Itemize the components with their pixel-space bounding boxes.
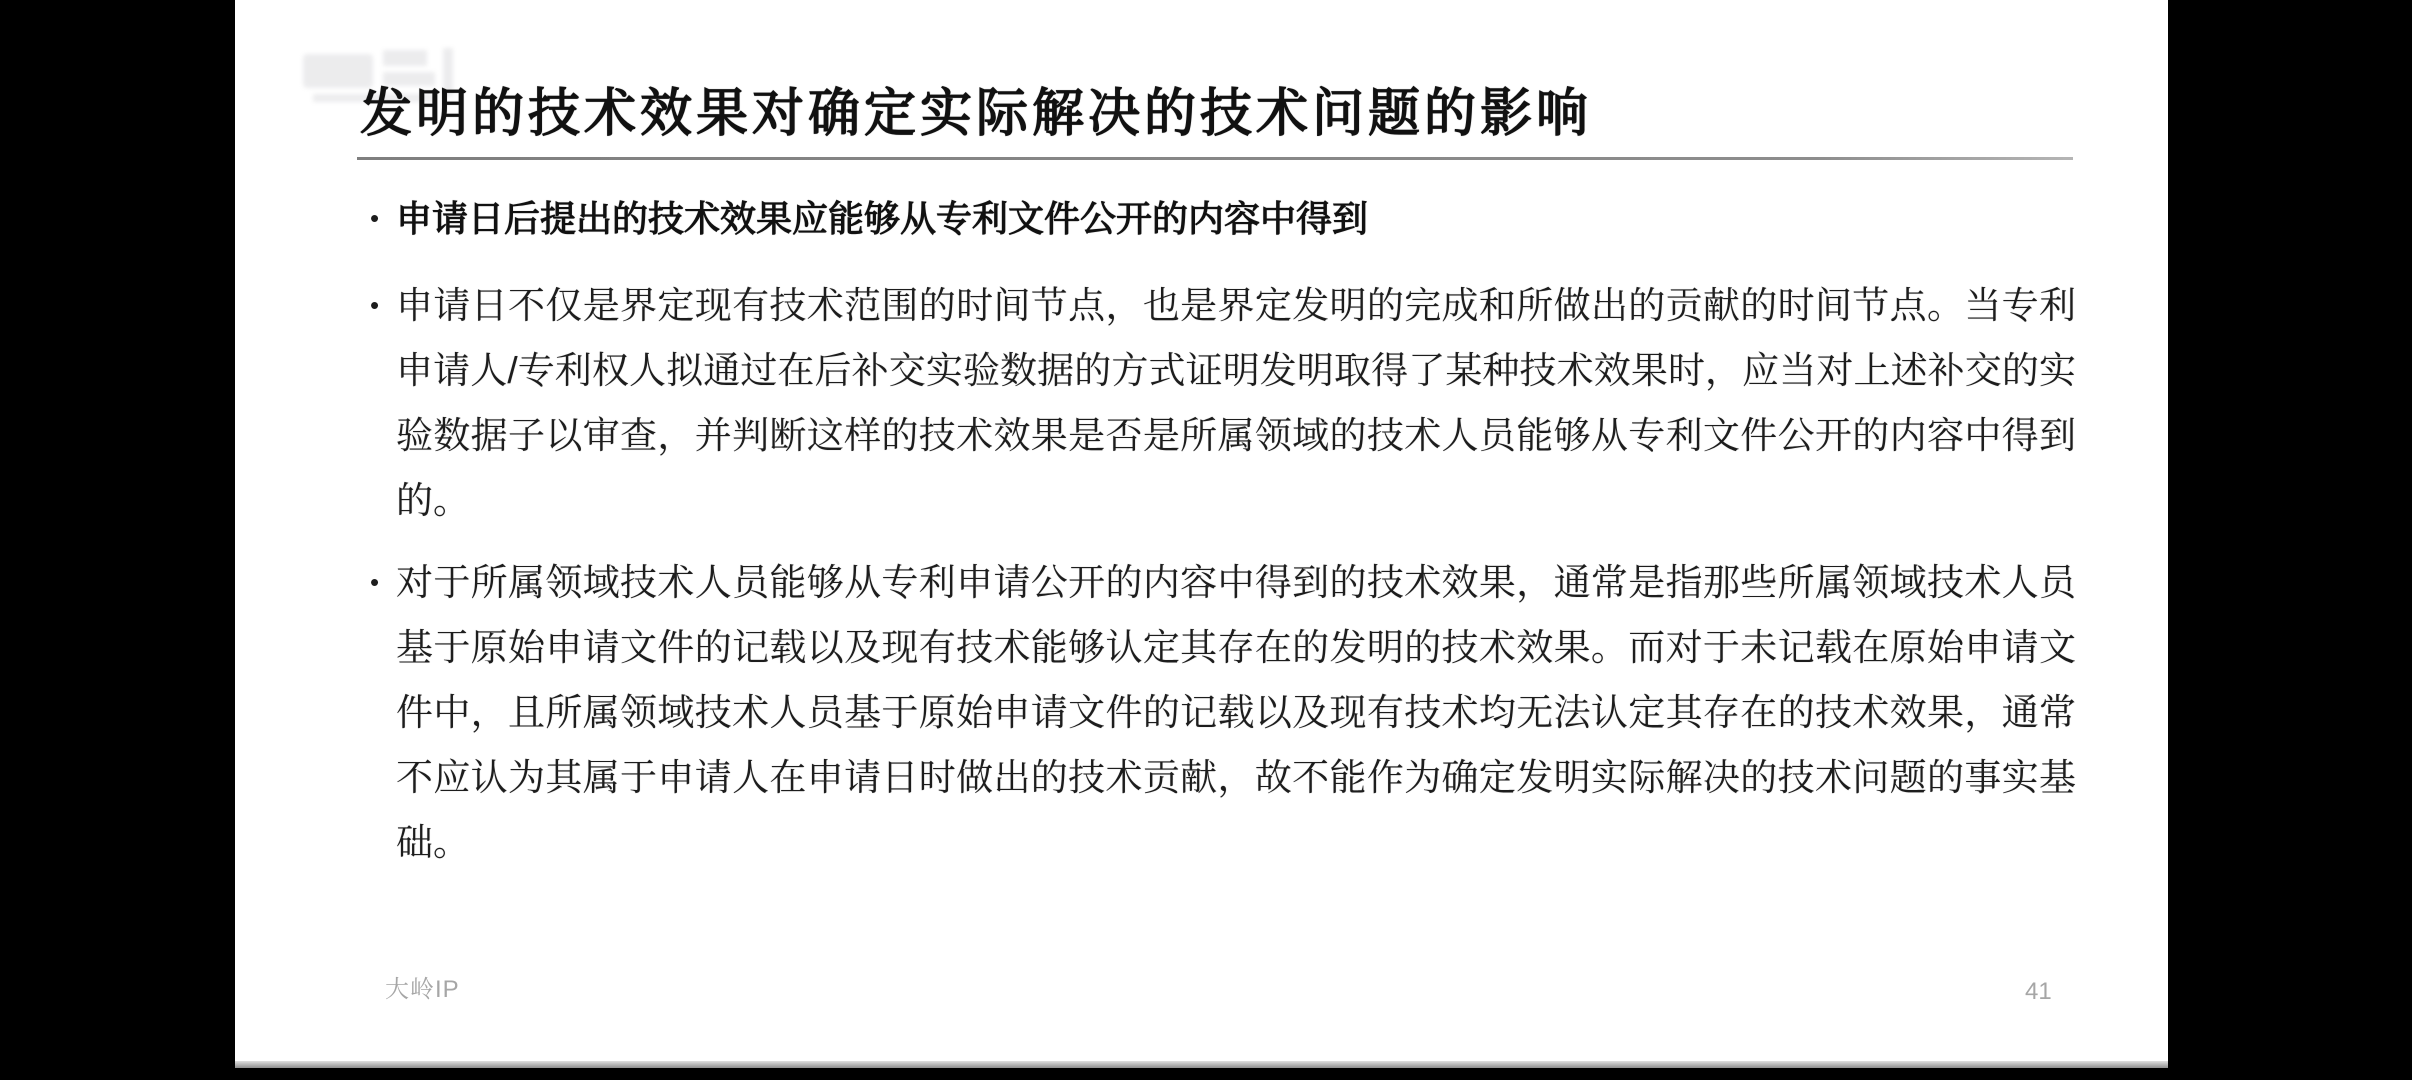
page-number: 41 (2025, 978, 2052, 1006)
bullet-text-technical-effect: 对于所属领域技术人员能够从专利申请公开的内容中得到的技术效果，通常是指那些所属领… (396, 550, 2076, 875)
bullet-marker-icon: • (370, 186, 396, 251)
bullet-item-filing-date: • 申请日不仅是界定现有技术范围的时间节点，也是界定发明的完成和所做出的贡献的时… (370, 273, 2076, 533)
bullet-item-key-point: • 申请日后提出的技术效果应能够从专利文件公开的内容中得到 (370, 186, 2076, 251)
watermark-smudge (383, 50, 427, 66)
bullet-item-technical-effect: • 对于所属领域技术人员能够从专利申请公开的内容中得到的技术效果，通常是指那些所… (370, 550, 2076, 875)
presentation-slide: 发明的技术效果对确定实际解决的技术问题的影响 • 申请日后提出的技术效果应能够从… (235, 0, 2168, 1068)
bullet-text-filing-date: 申请日不仅是界定现有技术范围的时间节点，也是界定发明的完成和所做出的贡献的时间节… (396, 273, 2076, 533)
bullet-text-key-point: 申请日后提出的技术效果应能够从专利文件公开的内容中得到 (396, 186, 2076, 251)
slide-bottom-shadow (235, 1061, 2168, 1068)
footer-brand-label: 大岭IP (385, 976, 460, 1004)
bullet-marker-icon: • (370, 550, 396, 615)
letterboxed-screen: 发明的技术效果对确定实际解决的技术问题的影响 • 申请日后提出的技术效果应能够从… (0, 0, 2412, 1080)
bullet-marker-icon: • (370, 273, 396, 338)
title-divider-line (357, 157, 2073, 160)
slide-title: 发明的技术效果对确定实际解决的技术问题的影响 (360, 82, 1592, 146)
